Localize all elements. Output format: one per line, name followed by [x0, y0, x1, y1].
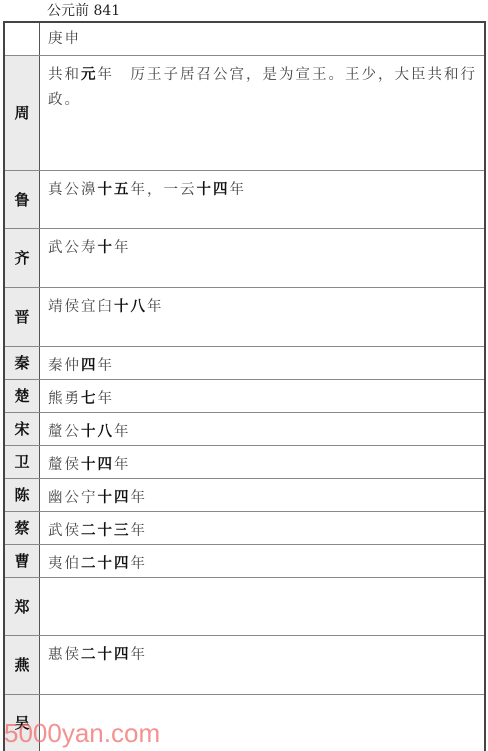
entry-text: 釐公	[48, 424, 81, 440]
ganzhi-row: 庚申	[4, 22, 485, 55]
table-row: 周共和元年 厉王子居召公宫，是为宣王。王少，大臣共和行政。	[4, 55, 485, 170]
entry-cell: 惠侯二十四年	[40, 635, 486, 694]
state-label: 周	[4, 55, 40, 170]
entry-text: 熊勇	[48, 391, 81, 407]
year-number: 元	[81, 66, 98, 83]
ganzhi-state-cell	[4, 22, 40, 55]
entry-cell: 熊勇七年	[40, 379, 486, 412]
table-row: 燕惠侯二十四年	[4, 635, 485, 694]
entry-text: 年	[147, 299, 164, 315]
table-row: 卫釐侯十四年	[4, 445, 485, 478]
year-number: 四	[81, 357, 98, 374]
entry-text: 年	[114, 424, 131, 440]
entry-cell: 共和元年 厉王子居召公宫，是为宣王。王少，大臣共和行政。	[40, 55, 486, 170]
table-row: 齐武公寿十年	[4, 228, 485, 287]
state-label: 郑	[4, 577, 40, 635]
entry-text: 年，一云	[131, 182, 197, 198]
entry-text: 年 厉王子居召公宫，是为宣王。王少，大臣共和行政。	[48, 67, 477, 108]
entry-text: 年	[131, 490, 148, 506]
year-number: 十八	[114, 298, 147, 315]
state-label: 蔡	[4, 511, 40, 544]
ganzhi-cell: 庚申	[40, 22, 486, 55]
year-number: 十四	[81, 456, 114, 473]
table-row: 郑	[4, 577, 485, 635]
state-label: 燕	[4, 635, 40, 694]
entry-cell: 釐公十八年	[40, 412, 486, 445]
entry-text: 夷伯	[48, 556, 81, 572]
year-number: 十	[98, 239, 115, 256]
entry-cell: 釐侯十四年	[40, 445, 486, 478]
entry-cell: 真公濞十五年，一云十四年	[40, 170, 486, 228]
entry-text: 共和	[48, 67, 81, 83]
table-row: 曹夷伯二十四年	[4, 544, 485, 577]
entry-text: 年	[131, 647, 148, 663]
entry-text: 年	[131, 556, 148, 572]
year-number: 二十三	[81, 522, 131, 539]
entry-text: 真公濞	[48, 182, 98, 198]
table-row: 秦秦仲四年	[4, 346, 485, 379]
year-number: 二十四	[81, 555, 131, 572]
year-number: 十四	[197, 181, 230, 198]
entry-cell: 武侯二十三年	[40, 511, 486, 544]
state-label: 陈	[4, 478, 40, 511]
watermark: 5000yan.com	[4, 718, 160, 749]
entry-text: 年	[230, 182, 247, 198]
entry-cell	[40, 577, 486, 635]
entry-text: 惠侯	[48, 647, 81, 663]
entry-text: 年	[98, 358, 115, 374]
state-label: 楚	[4, 379, 40, 412]
state-label: 曹	[4, 544, 40, 577]
year-title: 公元前 841	[47, 2, 120, 20]
entry-text: 年	[98, 391, 115, 407]
entry-text: 釐侯	[48, 457, 81, 473]
table-row: 宋釐公十八年	[4, 412, 485, 445]
entry-text: 年	[114, 240, 131, 256]
entry-text: 靖侯宜臼	[48, 299, 114, 315]
year-number: 十八	[81, 423, 114, 440]
entry-text: 年	[131, 523, 148, 539]
table-row: 蔡武侯二十三年	[4, 511, 485, 544]
entry-text: 幽公宁	[48, 490, 98, 506]
entry-text: 秦仲	[48, 358, 81, 374]
state-label: 宋	[4, 412, 40, 445]
year-number: 十四	[98, 489, 131, 506]
year-number: 二十四	[81, 646, 131, 663]
entry-text: 武公寿	[48, 240, 98, 256]
state-label: 秦	[4, 346, 40, 379]
entry-cell: 幽公宁十四年	[40, 478, 486, 511]
table-row: 楚熊勇七年	[4, 379, 485, 412]
year-number: 七	[81, 390, 98, 407]
entry-cell: 武公寿十年	[40, 228, 486, 287]
chronology-table: 庚申 周共和元年 厉王子居召公宫，是为宣王。王少，大臣共和行政。鲁真公濞十五年，…	[3, 21, 486, 751]
state-label: 卫	[4, 445, 40, 478]
year-number: 十五	[98, 181, 131, 198]
entry-cell: 靖侯宜臼十八年	[40, 287, 486, 346]
state-label: 晋	[4, 287, 40, 346]
table-row: 陈幽公宁十四年	[4, 478, 485, 511]
state-label: 齐	[4, 228, 40, 287]
table-row: 晋靖侯宜臼十八年	[4, 287, 485, 346]
state-label: 鲁	[4, 170, 40, 228]
table-row: 鲁真公濞十五年，一云十四年	[4, 170, 485, 228]
entry-cell: 夷伯二十四年	[40, 544, 486, 577]
entry-text: 武侯	[48, 523, 81, 539]
entry-cell: 秦仲四年	[40, 346, 486, 379]
entry-text: 年	[114, 457, 131, 473]
